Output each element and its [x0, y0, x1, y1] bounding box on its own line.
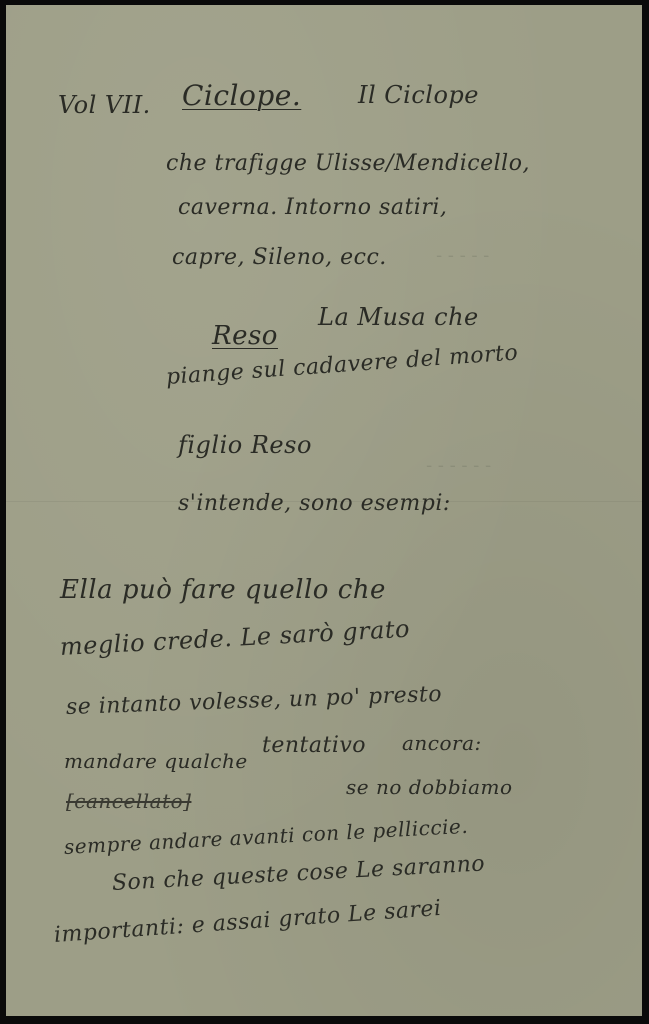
manuscript-line: mandare qualche	[64, 749, 248, 773]
title-reso: Reso	[212, 321, 278, 351]
manuscript-line-insertion: tentativo	[262, 733, 366, 758]
manuscript-line: meglio crede. Le sarò grato	[59, 615, 410, 661]
manuscript-page: - - - - - - - - - - - - - - - - - Vol VI…	[6, 5, 642, 1016]
manuscript-line: se intanto volesse, un po' presto	[66, 682, 443, 720]
volume-label: Vol VII.	[58, 91, 151, 119]
manuscript-line: se no dobbiamo	[346, 775, 513, 799]
title-ciclope: Ciclope.	[182, 79, 301, 112]
manuscript-line: ancora:	[402, 731, 482, 755]
manuscript-line: caverna. Intorno satiri,	[178, 195, 447, 220]
manuscript-line: figlio Reso	[178, 431, 312, 459]
bleed-through-text: - - - - - -	[426, 455, 491, 476]
manuscript-line: capre, Sileno, ecc.	[172, 245, 387, 270]
bleed-through-text: - - - - -	[436, 245, 489, 266]
manuscript-line: Il Ciclope	[358, 81, 479, 109]
manuscript-line: La Musa che	[318, 303, 479, 331]
manuscript-line: s'intende, sono esempi:	[178, 491, 451, 516]
manuscript-line: Son che queste cose Le saranno	[111, 851, 485, 896]
manuscript-line: importanti: e assai grato Le sarei	[53, 896, 442, 948]
manuscript-line: sempre andare avanti con le pelliccie.	[63, 814, 468, 859]
crossed-out-text: [cancellato]	[66, 789, 191, 813]
manuscript-line: Ella può fare quello che	[60, 575, 386, 605]
manuscript-line: che trafigge Ulisse/Mendicello,	[166, 151, 530, 176]
